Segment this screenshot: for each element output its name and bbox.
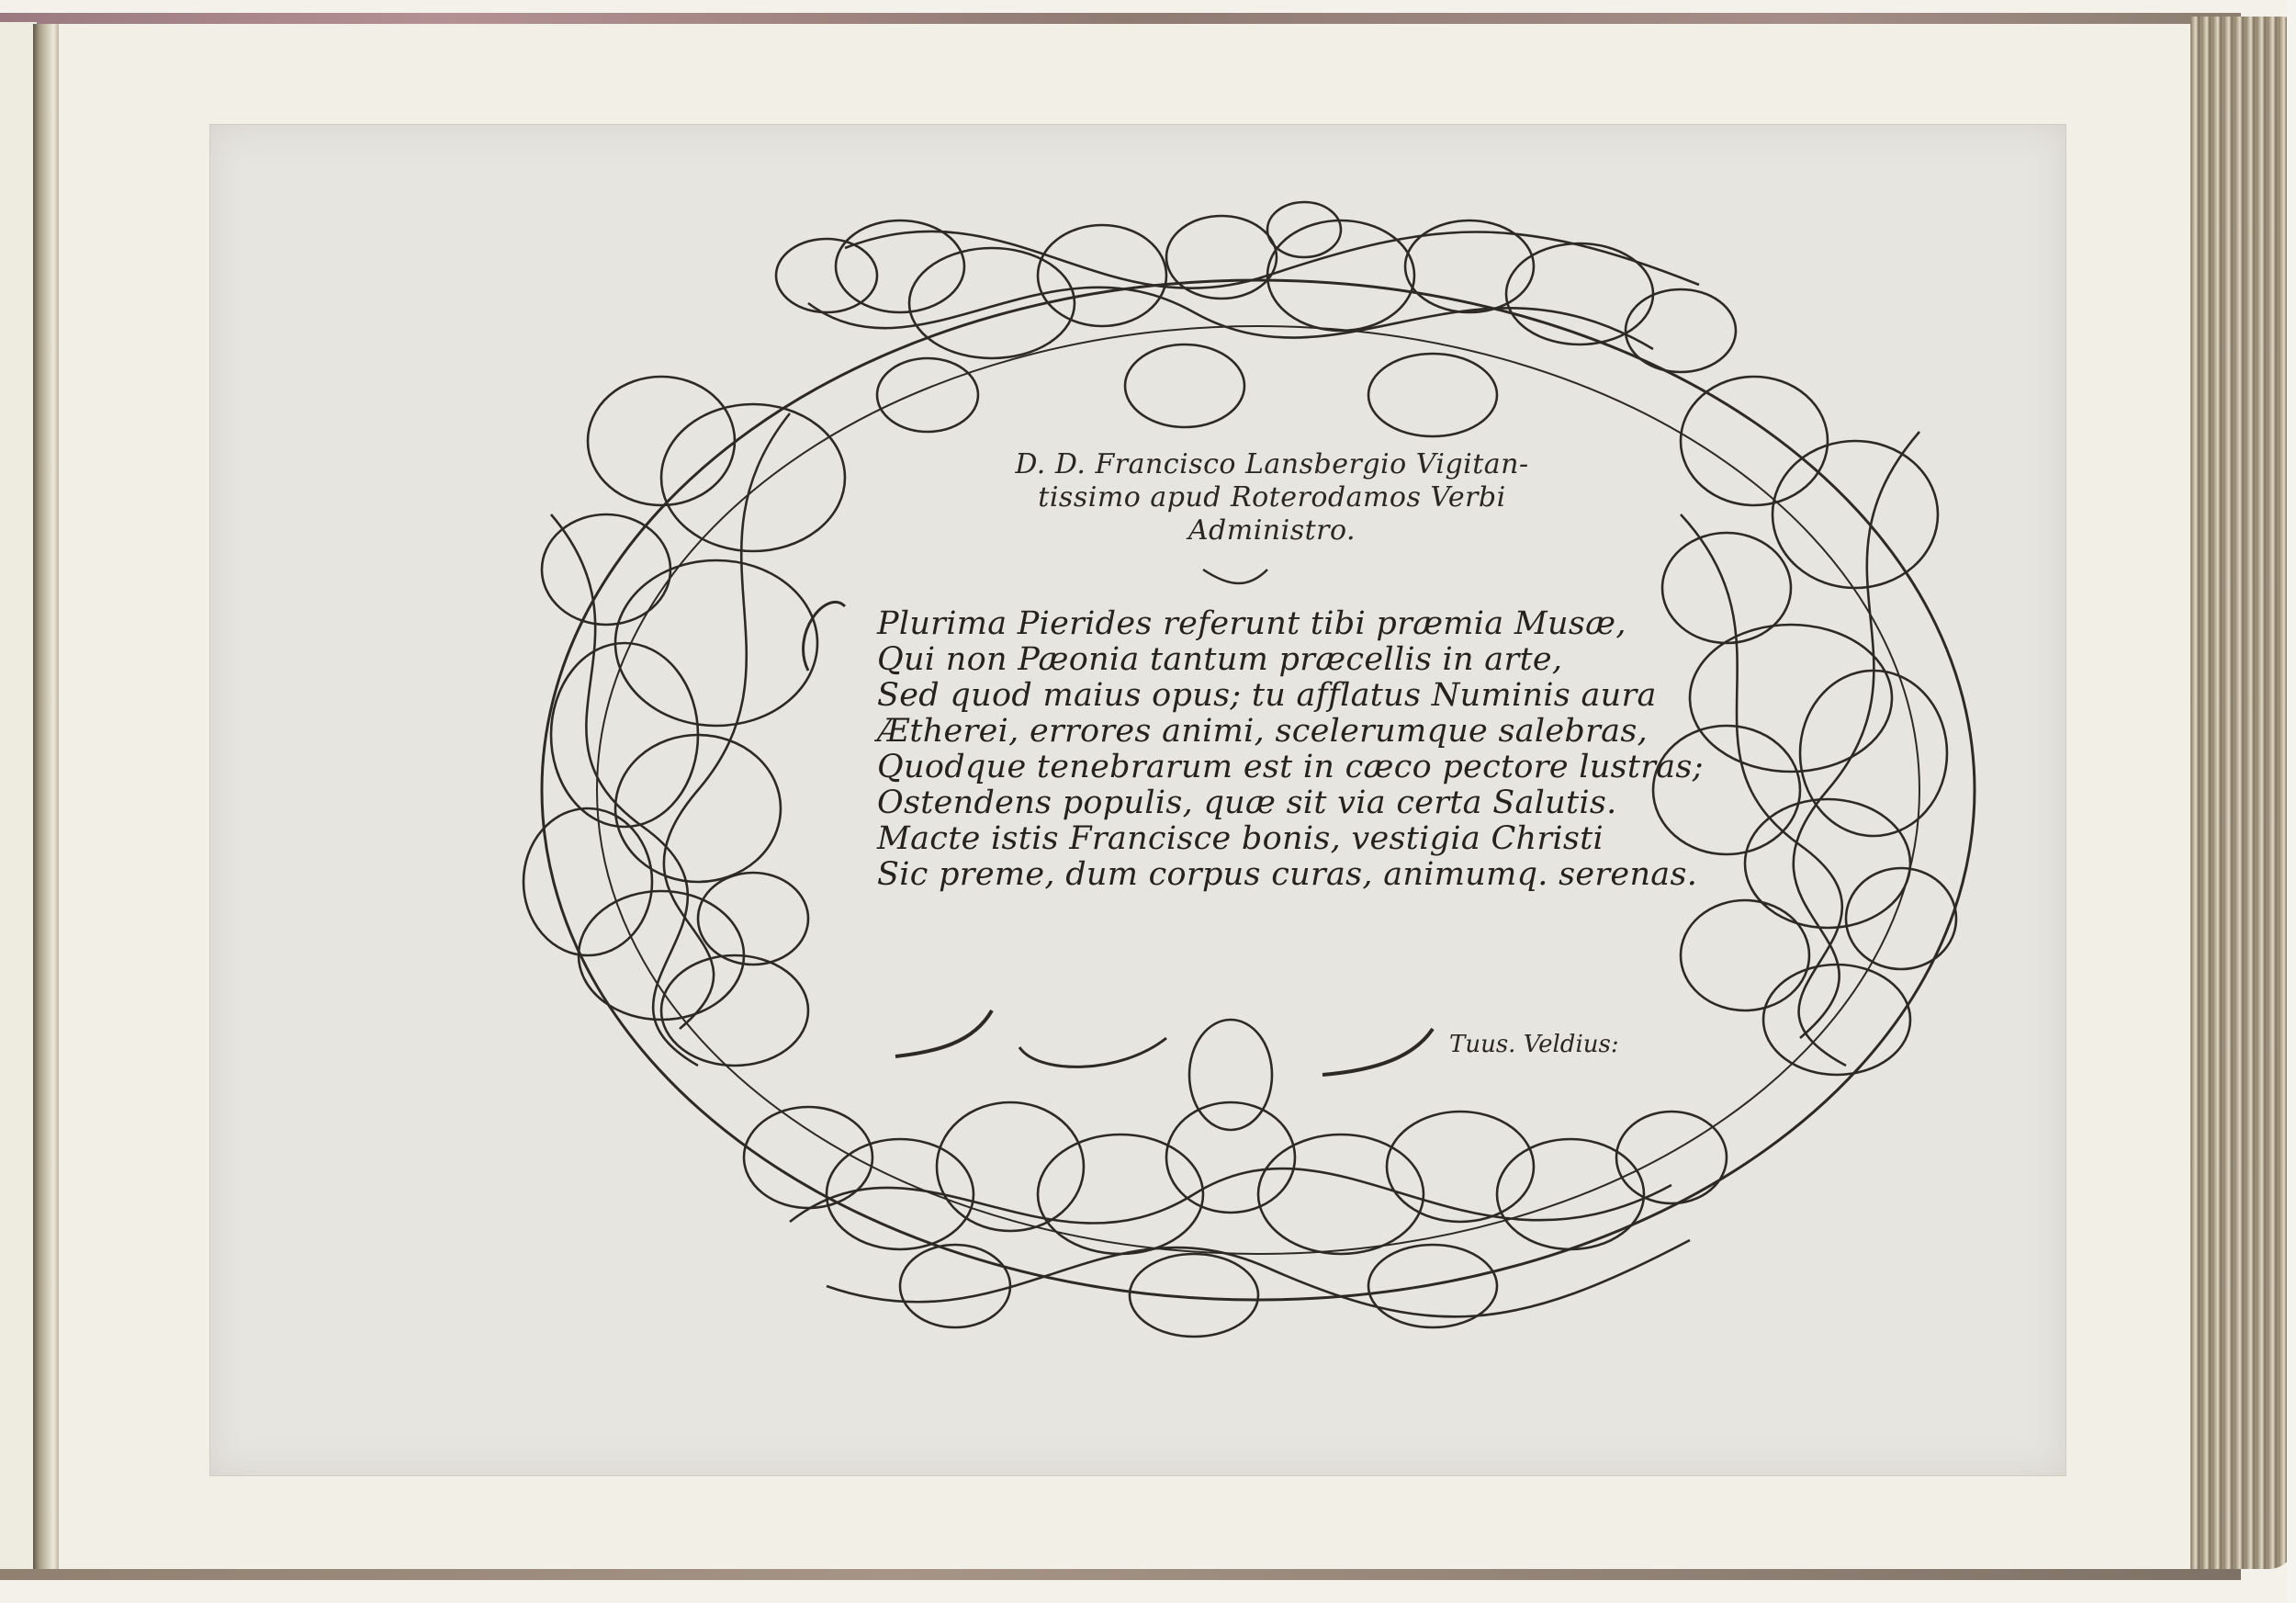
left-loops [523, 377, 845, 1066]
poem-line: Ætherei, errores animi, scelerumque sale… [877, 714, 1575, 750]
dedication-line: Administro. [1015, 514, 1529, 548]
poem-line: Ostendens populis, quæ sit via certa Sal… [877, 785, 1575, 821]
poem-text: Plurima Pierides referunt tibi præmia Mu… [877, 606, 1575, 893]
poem-line: Macte istis Francisce bonis, vestigia Ch… [877, 821, 1575, 857]
poem-line: Qui non Pæonia tantum præcellis in arte, [877, 642, 1575, 678]
signature: Tuus. Veldius: [1449, 1031, 1619, 1058]
poem-line: Plurima Pierides referunt tibi præmia Mu… [877, 606, 1575, 642]
poem-line: Sed quod maius opus; tu afflatus Numinis… [877, 678, 1575, 714]
dedication-line: tissimo apud Roterodamos Verbi [1015, 481, 1529, 514]
dedication-heading: D. D. Francisco Lansbergio Vigitan- tiss… [1015, 448, 1529, 548]
dedication-line: D. D. Francisco Lansbergio Vigitan- [1015, 448, 1529, 481]
right-loops [1653, 377, 1956, 1075]
poem-line: Sic preme, dum corpus curas, animumq. se… [877, 857, 1575, 893]
poem-line: Quodque tenebrarum est in cæco pectore l… [877, 750, 1575, 785]
top-loops [776, 202, 1736, 436]
bottom-loops [744, 1020, 1727, 1337]
